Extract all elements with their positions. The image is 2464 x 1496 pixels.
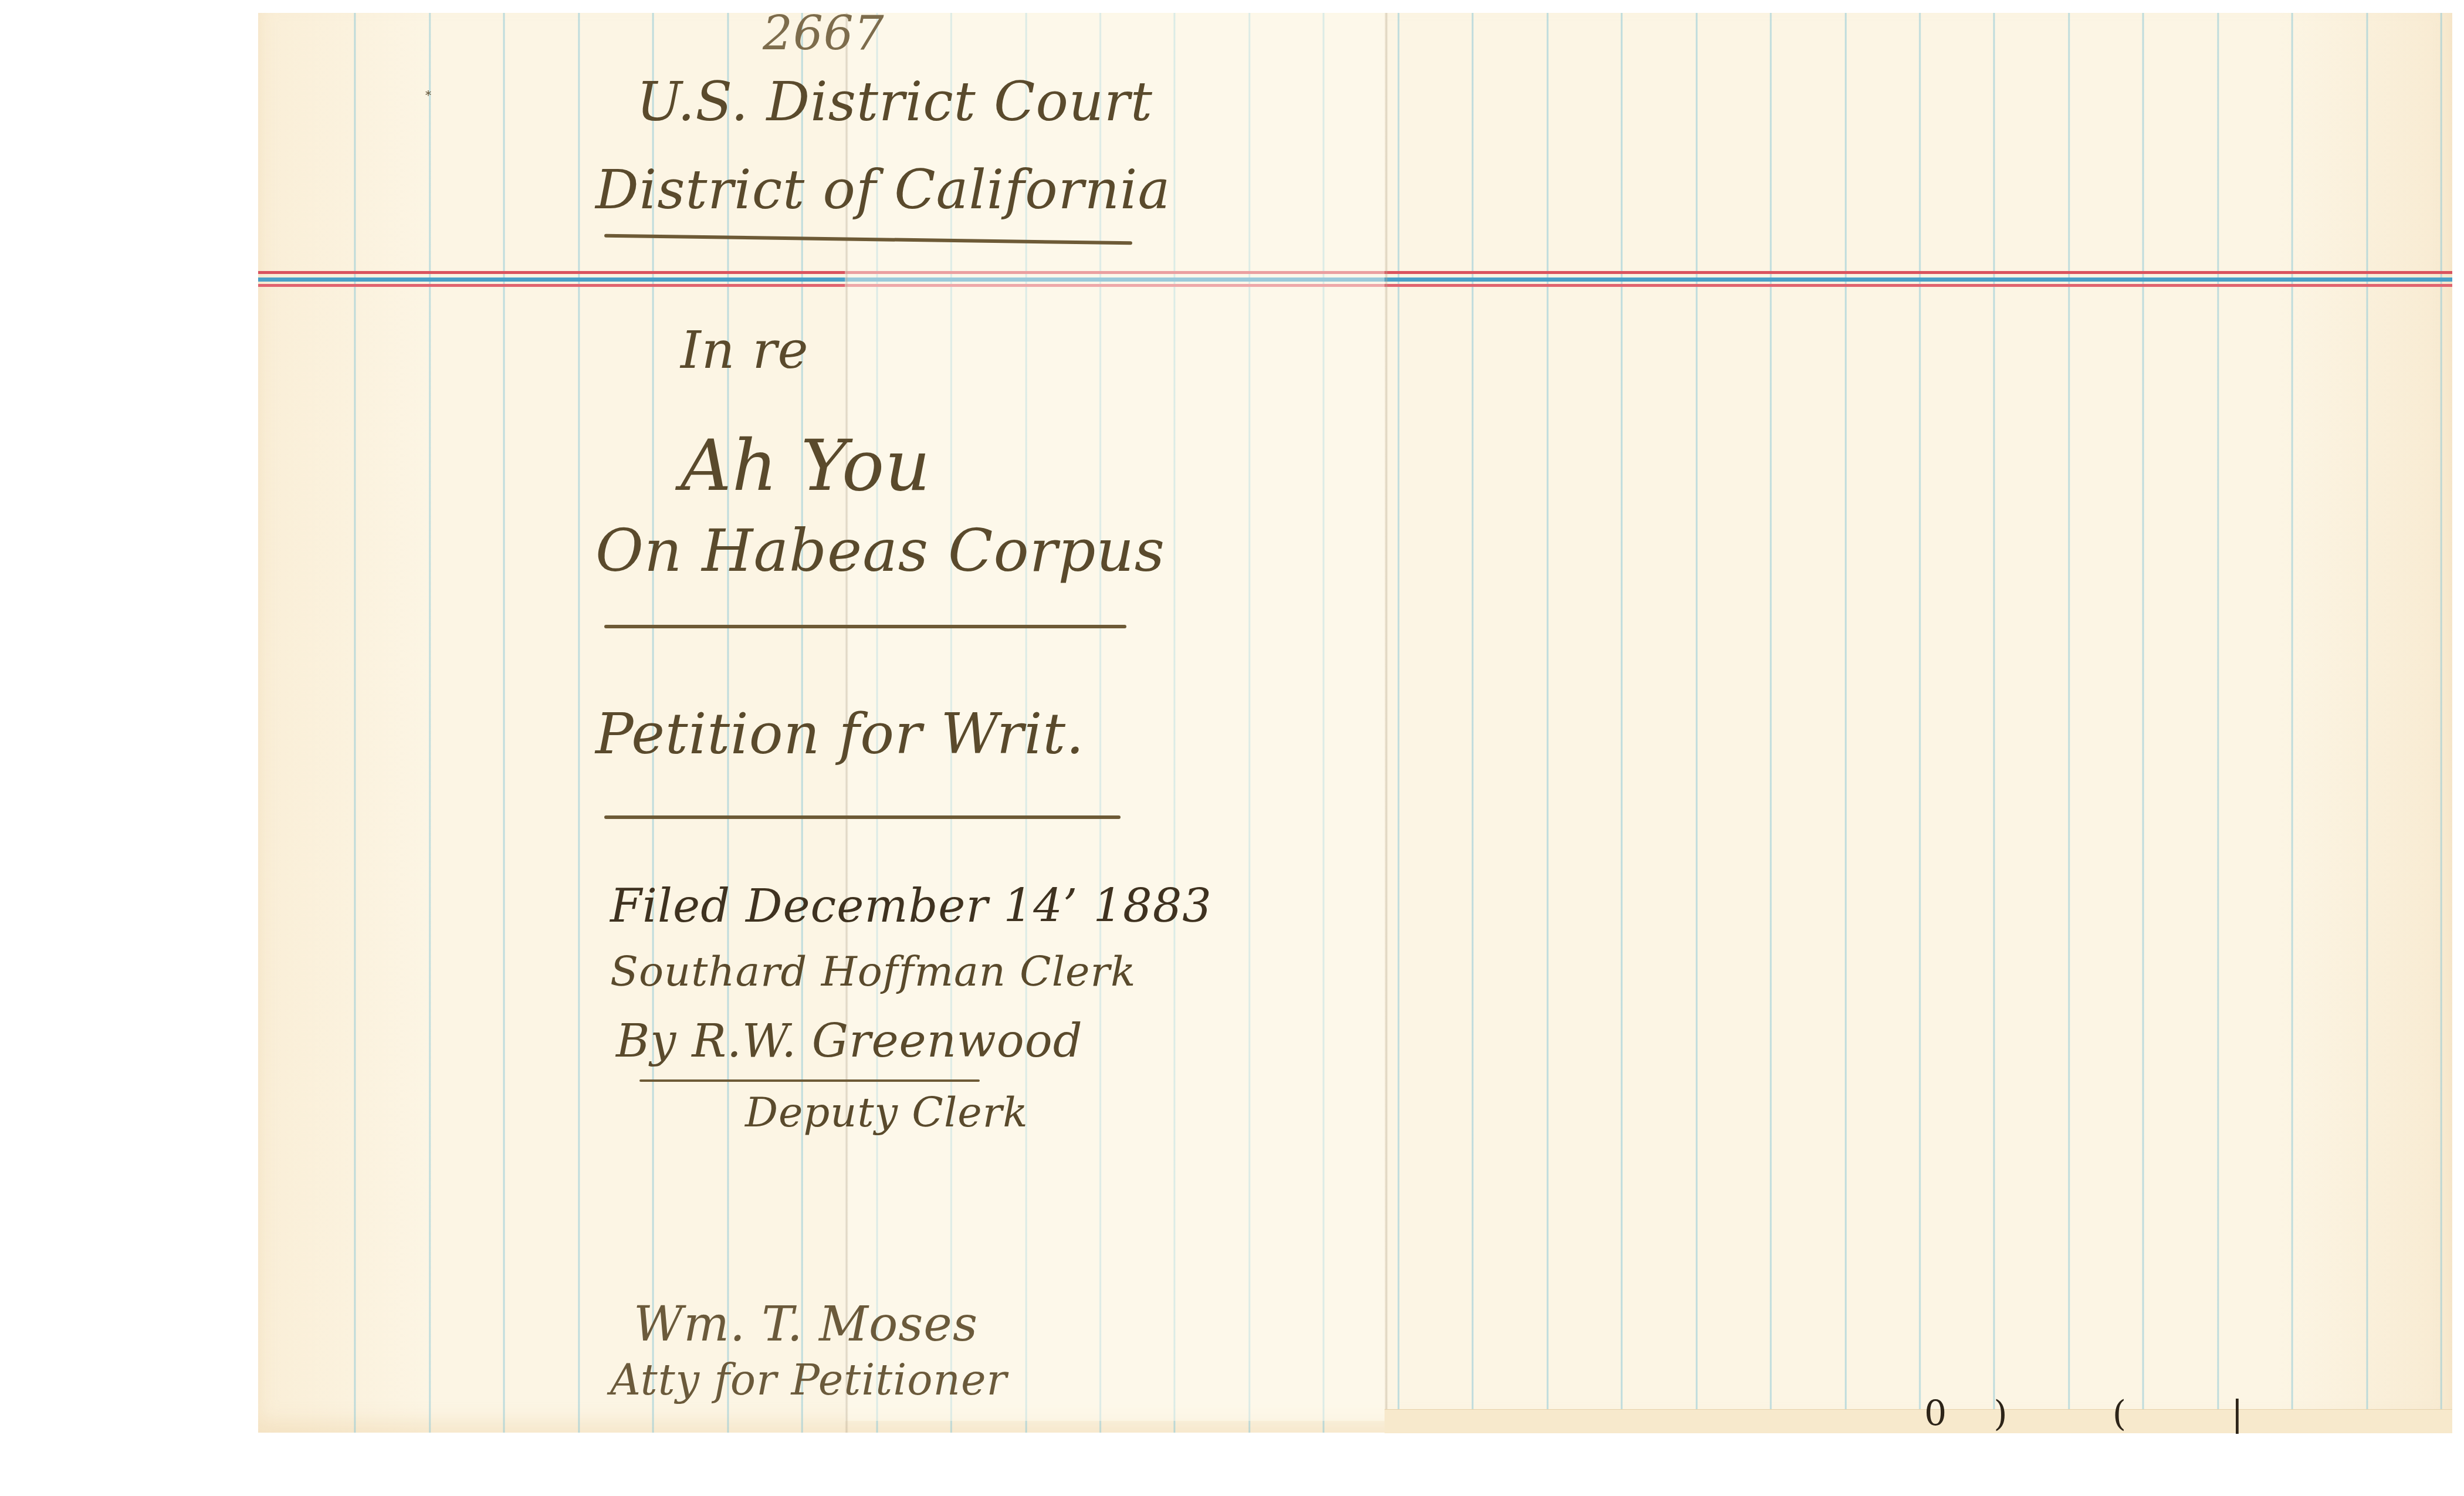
- in-re-label: In re: [681, 320, 809, 380]
- underline-title: [604, 815, 1121, 819]
- party-name: Ah You: [681, 425, 930, 507]
- folded-bottom-edge: [1385, 1409, 2452, 1433]
- filed-date: Filed December 14’ 1883: [610, 880, 1212, 933]
- fold-crease-right: [1385, 13, 1388, 1433]
- deputy-clerk-title: Deputy Clerk: [745, 1088, 1028, 1136]
- proceeding-type: On Habeas Corpus: [595, 516, 1165, 585]
- signature-flourish: [639, 1079, 980, 1082]
- document-title: Petition for Writ.: [595, 701, 1085, 767]
- case-number: 2667: [763, 6, 885, 60]
- attorney-name: Wm. T. Moses: [634, 1297, 978, 1352]
- clerk-name: Southard Hoffman Clerk: [610, 947, 1136, 996]
- deputy-signature: By R.W. Greenwood: [616, 1015, 1083, 1068]
- attorney-role: Atty for Petitioner: [610, 1355, 1007, 1404]
- underline-proceeding: [604, 625, 1126, 628]
- ink-speck: *: [425, 88, 431, 102]
- court-name: U.S. District Court: [637, 70, 1153, 133]
- bottom-edge-marks: 0) ( |: [1924, 1393, 2290, 1434]
- paper-sheet: [258, 13, 2452, 1433]
- court-district: District of California: [595, 158, 1170, 221]
